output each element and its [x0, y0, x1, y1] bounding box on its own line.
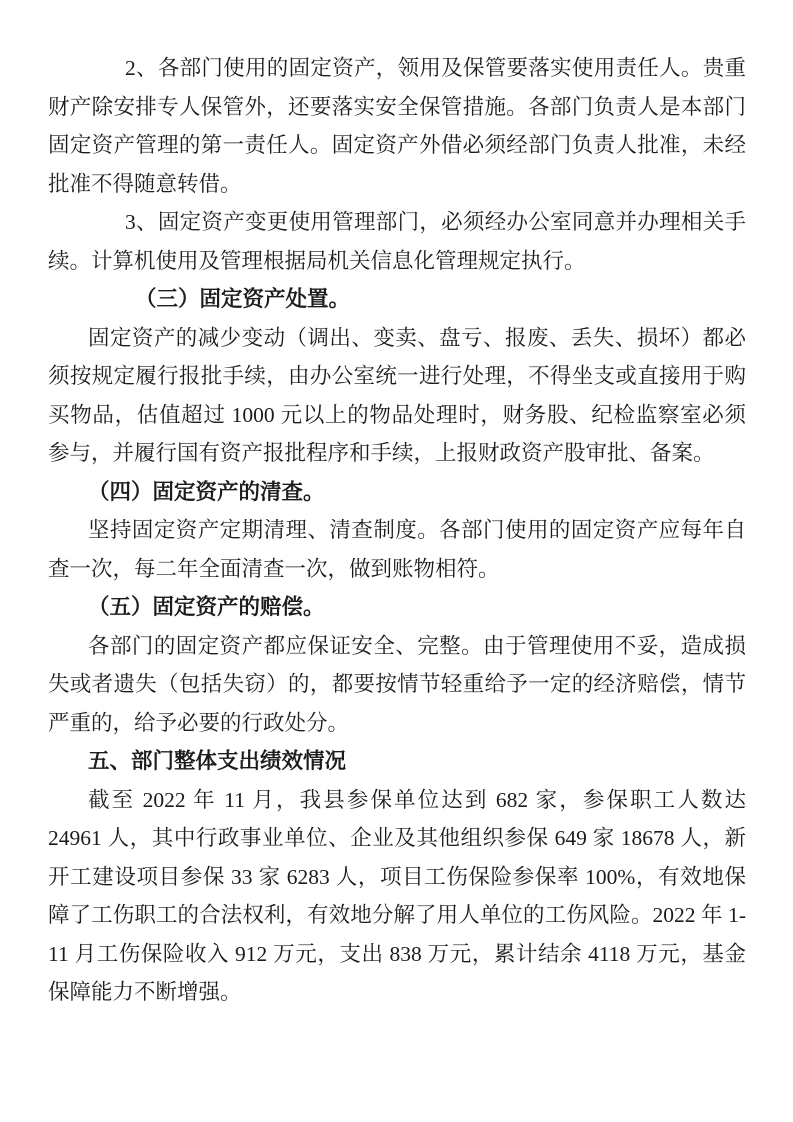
paragraph-item-3-asset-management-change: 3、固定资产变更使用管理部门，必须经办公室同意并办理相关手续。计算机使用及管理根… [48, 203, 746, 280]
heading-part-5-expenditure-performance: 五、部门整体支出绩效情况 [48, 742, 746, 781]
paragraph-asset-inventory-detail: 坚持固定资产定期清理、清查制度。各部门使用的固定资产应每年自查一次，每二年全面清… [48, 511, 746, 588]
paragraph-asset-compensation-detail: 各部门的固定资产都应保证安全、完整。由于管理使用不妥，造成损失或者遗失（包括失窃… [48, 627, 746, 743]
heading-section-5-asset-compensation: （五）固定资产的赔偿。 [48, 588, 746, 627]
heading-section-4-asset-inventory: （四）固定资产的清查。 [48, 473, 746, 512]
paragraph-asset-disposal-detail: 固定资产的减少变动（调出、变卖、盘亏、报废、丢失、损坏）都必须按规定履行报批手续… [48, 319, 746, 473]
paragraph-expenditure-performance-detail: 截至 2022 年 11 月，我县参保单位达到 682 家，参保职工人数达 24… [48, 781, 746, 1012]
paragraph-item-2-asset-use-responsibility: 2、各部门使用的固定资产，领用及保管要落实使用责任人。贵重财产除安排专人保管外，… [48, 49, 746, 203]
document-content: 2、各部门使用的固定资产，领用及保管要落实使用责任人。贵重财产除安排专人保管外，… [48, 49, 746, 1012]
document-page: 2、各部门使用的固定资产，领用及保管要落实使用责任人。贵重财产除安排专人保管外，… [0, 0, 793, 1122]
heading-section-3-asset-disposal: （三）固定资产处置。 [48, 280, 746, 319]
